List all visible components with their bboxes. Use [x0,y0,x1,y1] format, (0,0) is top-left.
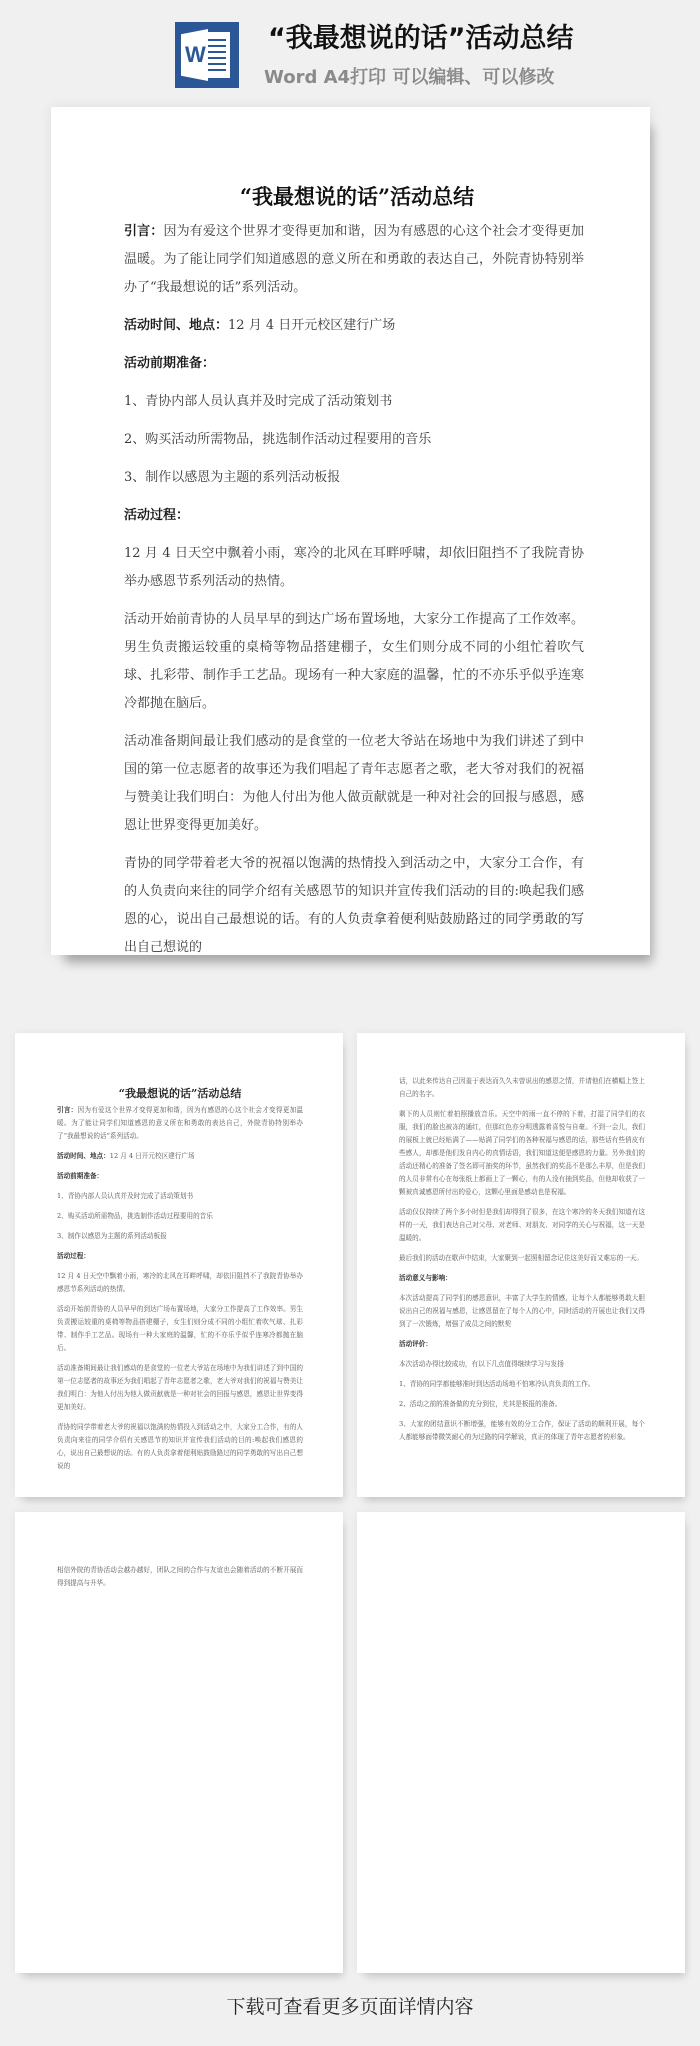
process-paragraph: 12 月 4 日天空中飘着小雨，寒冷的北风在耳畔呼啸，却依旧阻挡不了我院青协举办… [124,540,584,596]
document-title: “我最想说的话”活动总结 [130,182,584,212]
process-paragraph: 青协的同学带着老大爷的祝福以饱满的热情投入到活动之中，大家分工合作，有的人负责向… [124,850,584,962]
prep-heading: 活动前期准备： [124,350,584,378]
header-subtitle: Word A4打印 可以编辑、可以修改 [264,63,554,89]
prep-item: 2、购买活动所需物品，挑选制作活动过程要用的音乐 [124,426,584,454]
process-paragraph: 活动开始前青协的人员早早的到达广场布置场地，大家分工作提高了工作效率。男生负责搬… [124,606,584,718]
page-thumbnail-3[interactable]: 相信外院的青协活动会越办越好，团队之间的合作与友谊也会随着活动的不断开展而得到提… [15,1512,343,1973]
thumbnail-content: 相信外院的青协活动会越办越好，团队之间的合作与友谊也会随着活动的不断开展而得到提… [57,1564,303,1590]
page-thumbnail-1[interactable]: “我最想说的话”活动总结 引言：因为有爱这个世界才变得更加和谐，因为有感恩的心这… [15,1033,343,1497]
intro-paragraph: 引言：因为有爱这个世界才变得更加和谐，因为有感恩的心这个社会才变得更加温暖。为了… [124,218,584,302]
header-banner: W “我最想说的话”活动总结 Word A4打印 可以编辑、可以修改 [0,0,700,100]
page-thumbnail-4[interactable] [357,1512,685,1973]
intro-label: 引言： [124,224,163,239]
w-letter-icon: W [185,41,205,69]
time-place-line: 活动时间、地点：12 月 4 日开元校区建行广场 [124,312,584,340]
page-thumbnail-2[interactable]: 话，以此来传达自己因羞于表达而久久未曾说出的感恩之情，并请他们在横幅上签上自己的… [357,1033,685,1497]
prep-item: 1、青协内部人员认真并及时完成了活动策划书 [124,388,584,416]
document-preview-page: “我最想说的话”活动总结 引言：因为有爱这个世界才变得更加和谐，因为有感恩的心这… [51,107,650,955]
intro-text: 因为有爱这个世界才变得更加和谐，因为有感恩的心这个社会才变得更加温暖。为了能让同… [124,224,584,295]
header-title: “我最想说的话”活动总结 [268,16,574,55]
time-place-label: 活动时间、地点： [124,318,228,333]
prep-item: 3、制作以感恩为主题的系列活动板报 [124,464,584,492]
thumbnail-content: 话，以此来传达自己因羞于表达而久久未曾说出的感恩之情，并请他们在横幅上签上自己的… [399,1075,645,1444]
word-document-icon: W [175,22,239,88]
thumbnail-title: “我最想说的话”活动总结 [57,1086,303,1102]
document-body: “我最想说的话”活动总结 引言：因为有爱这个世界才变得更加和谐，因为有感恩的心这… [124,182,584,962]
thumbnail-content: “我最想说的话”活动总结 引言：因为有爱这个世界才变得更加和谐，因为有感恩的心这… [57,1076,303,1473]
time-place-value: 12 月 4 日开元校区建行广场 [228,318,395,333]
download-more-text[interactable]: 下载可查看更多页面详情内容 [0,1992,700,2019]
process-paragraph: 活动准备期间最让我们感动的是食堂的一位老大爷站在场地中为我们讲述了到中国的第一位… [124,728,584,840]
process-heading: 活动过程： [124,502,584,530]
